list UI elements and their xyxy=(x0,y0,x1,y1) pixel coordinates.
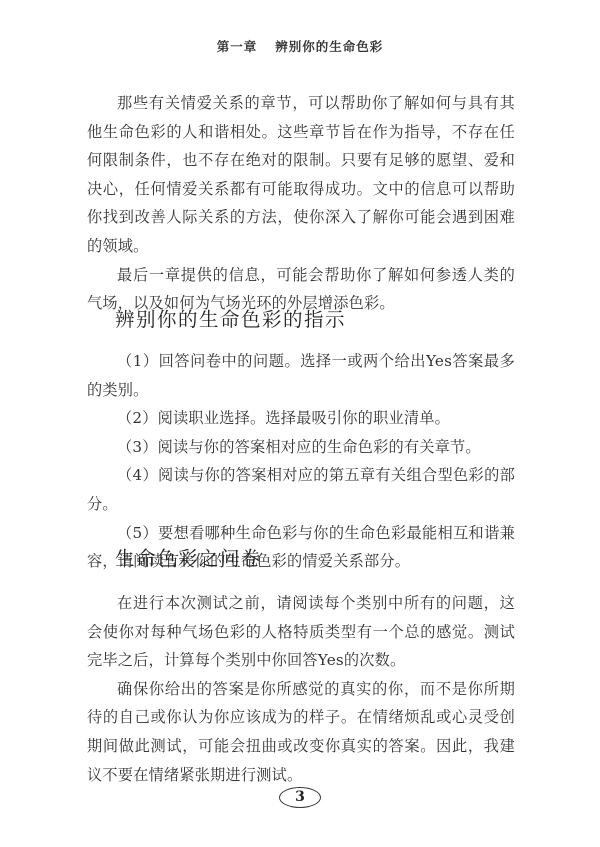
page-number: 3 xyxy=(279,787,321,808)
chapter-title: 辨别你的生命色彩 xyxy=(275,39,383,54)
questionnaire-section: 在进行本次测试之前，请阅读每个类别中所有的问题，这会使你对每种气场色彩的人格特质… xyxy=(87,589,515,789)
running-head: 第一章辨别你的生命色彩 xyxy=(0,37,600,55)
list-item: （4）阅读与你的答案相对应的第五章有关组合型色彩的部分。 xyxy=(87,461,515,518)
list-item: （3）阅读与你的答案相对应的生命色彩的有关章节。 xyxy=(87,433,515,462)
section-heading-instructions: 辨别你的生命色彩的指示 xyxy=(115,304,346,332)
chapter-label: 第一章 xyxy=(217,39,258,54)
section-heading-questionnaire: 生命色彩之问卷 xyxy=(115,543,262,571)
intro-paragraph-1: 那些有关情爱关系的章节，可以帮助你了解如何与具有其他生命色彩的人和谐相处。这些章… xyxy=(87,89,515,261)
intro-section: 那些有关情爱关系的章节，可以帮助你了解如何与具有其他生命色彩的人和谐相处。这些章… xyxy=(87,89,515,318)
questionnaire-paragraph-2: 确保你给出的答案是你所感觉的真实的你，而不是你所期待的自己或你认为你应该成为的样… xyxy=(87,675,515,789)
list-item: （1）回答问卷中的问题。选择一或两个给出Yes答案最多的类别。 xyxy=(87,347,515,404)
list-item: （2）阅读职业选择。选择最吸引你的职业清单。 xyxy=(87,404,515,433)
instructions-list: （1）回答问卷中的问题。选择一或两个给出Yes答案最多的类别。 （2）阅读职业选… xyxy=(87,347,515,576)
questionnaire-paragraph-1: 在进行本次测试之前，请阅读每个类别中所有的问题，这会使你对每种气场色彩的人格特质… xyxy=(87,589,515,675)
